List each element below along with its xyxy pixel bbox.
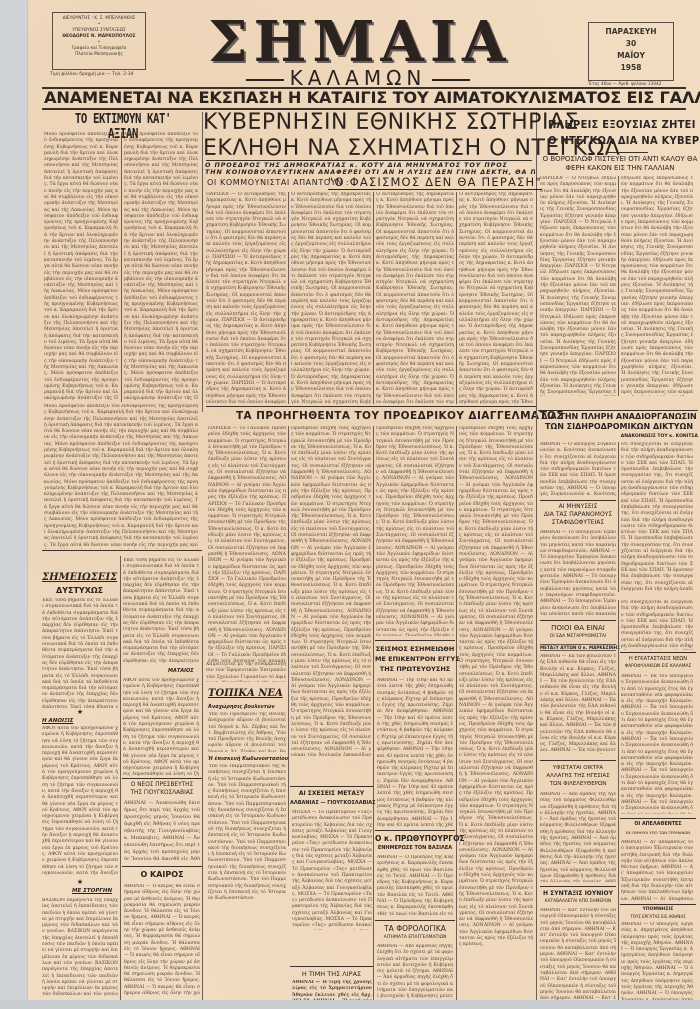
date-box: ΠΑΡΑΣΚΕΥΗ 30 ΜΑΪΟΥ 1958 bbox=[588, 22, 674, 81]
earthquake-headline-line1: ΣΕΙΣΜΟΣ ΕΣΗΜΕΙΩΘΗ bbox=[375, 645, 455, 653]
hostages-headline-line1: ΟΙ ΑΠΕΛΑΘΕΝΤΕΣ bbox=[620, 822, 696, 827]
hostages-headline-line2: ΕΚ ΟΜΗΡΟΙ ΥΠΟ ΤΩΝ ΓΕΡΜΑΝΩΝ bbox=[620, 830, 696, 835]
separator-star: ★ bbox=[42, 878, 118, 886]
main-body-col3: Ὁ ἀντιπρόεδρος τῆς Δημοκρατίας κ. Κοτύ ἀ… bbox=[376, 192, 454, 404]
address-body-col1: ΠΑΡΙΣΙΟΙ — Τό Γαλλικόν Προεδρεῖον ἐδέχθη… bbox=[208, 426, 286, 662]
notes-rule bbox=[42, 550, 202, 551]
editorial-body-col2: Μόνο πρόσφατον ἀπόδειξιν τοῦ ἐνδιαφέροντ… bbox=[124, 132, 198, 402]
ambassador-headline-line1: Ο ΝΕΟΣ ΠΡΕΣΒΕΥΤΗΣ bbox=[122, 782, 202, 788]
address-body-col3: Προεδρεῖον ἐδέχθη τούς ἀρχηγούς τῶν κομμ… bbox=[376, 426, 454, 636]
address-body-col4: Προεδρεῖον ἐδέχθη τούς ἀρχηγούς τῶν κομμ… bbox=[459, 426, 533, 1000]
column-divider bbox=[288, 192, 289, 404]
lira-headline: Η ΤΙΜΗ ΤΗΣ ΛΙΡΑΣ bbox=[290, 970, 373, 978]
local-item1-body: Ὑπό τοῦ Προεδρείου τῆς Βουλῆς ἀναχωροῦν … bbox=[208, 712, 286, 752]
local-item2-body: Ὑπό τοῦ Παμμεσσηνιακοῦ τῆς διοικήσεως συ… bbox=[208, 764, 286, 1000]
notes-col2-continued: ΑΦΟΥ αὐτά τόν προηγούμενον χειμῶνα ἡ Κυβ… bbox=[123, 678, 199, 776]
right-subheadline: Ο ΒΟΡΟΣΙΛΩΦ ΠΙΣΤΕΥΕΙ ΟΤΙ ΑΝΤΙ ΚΑΛΟΥ ΘΑ Φ… bbox=[542, 155, 698, 173]
lira-body: ΑΘΗΝΑΙ — Ἡ τιμή τῆς χρυσῆς λίρας εἰς τό … bbox=[292, 980, 372, 1000]
railways-byline: ΑΝΑΚΟΙΝΩΣΙΣ ΤΟΥ κ. ΚΟΝΙΤΣΑ bbox=[588, 434, 698, 439]
pm-headline-line2: ΕΝΗΜΕΡΩΣΕ ΤΟΝ ΒΑΣΙΛΕΑ bbox=[375, 845, 455, 851]
smuggling-headline-line3: ΣΤΑΦΙΔΟΦΥΤΕΙΑΣ bbox=[540, 519, 616, 526]
weather-body: ΑΘΗΝΑΙ — Ὁ καιρός θά εἶναι σήμερον αἴθρι… bbox=[124, 884, 200, 996]
albania-headline-line2: ΑΛΒΑΝΙΑΣ — ΓΙΟΥΓΚΟΣΛΑΒΙΑΣ bbox=[290, 800, 373, 806]
main-quote-headline: "Ο ΦΑΣΙΣΜΟΣ ΔΕΝ ΘΑ ΠΕΡΑΣΗ" bbox=[328, 175, 542, 190]
column-divider bbox=[120, 556, 121, 1000]
imprint-box: ΔΙΕΥΘΥΝΤΗΣ : Κ. Σ. ΜΠΕΛΑΚΑΚΗΣ • ΥΠΕΥΘΥΝΟ… bbox=[52, 12, 146, 70]
earthquake-rule bbox=[375, 640, 455, 641]
notes-subheadline: ΔΥΣΤΥΧΩΣ bbox=[56, 586, 103, 595]
liberals-headline-line2: ΑΛΛΑΓΗΣ ΤΗΣ ΗΓΕΣΙΑΣ bbox=[540, 773, 616, 779]
hostages-body: ΑΘΗΝΑΙ — Δι' ἀποφάσεως τοῦ ὑπουργείου Ἐξ… bbox=[621, 840, 693, 902]
right-headline-line1: ΠΛΗΡΕΙΣ ΕΞΟΥΣΙΑΣ ΖΗΤΕΙ bbox=[548, 118, 692, 131]
lighthouse-headline-line2: ΦΑΡΟΦΥΛΑΚΙΩΝ ΕΙΣ ΚΑΛΑΜΑΣ bbox=[620, 664, 696, 669]
main-body-col2: Ὁ ἀντιπρόεδρος τῆς Δημοκρατίας κ. Κοτύ ἀ… bbox=[291, 192, 371, 404]
tax-headline-line1: ΤΑ ΦΟΡΟΛΟΓΙΚΑ bbox=[375, 924, 455, 933]
ambassador-rule bbox=[122, 778, 202, 779]
tax-headline-line2: ΑΙΤΗΜΑΤΑ ΕΠΑΓΓΕΛΜΑΤΙΩΝ bbox=[375, 935, 455, 940]
local-item1-title: Ἀναχώρησις βουλευτῶν bbox=[208, 704, 275, 710]
local-intro: Χαιρετίζεται μέ τήν συναρμολόγησιν τῶν Ἐ… bbox=[206, 662, 286, 682]
right-rule bbox=[608, 152, 648, 153]
column-divider bbox=[202, 556, 203, 1000]
albania-body: ΜΟΣΧΑ — Τό Πρακτορεῖον «Τας» μετέδωσεν ἀ… bbox=[292, 810, 372, 930]
liberals-rule bbox=[540, 760, 616, 761]
lighthouse-body: ΑΘΗΝΑΙ — Ἐκ τοῦ ὑπουργείου Συγκοινωνιῶν … bbox=[621, 674, 693, 814]
notes-section2-body: ΑΦΟΥ αὐτά τόν προηγούμενον χειμῶνα ἡ Κυβ… bbox=[42, 726, 118, 876]
pm-body: ΑΘΗΝΑΙ — Ὁ Πρόεδρος τῆς Κυβερνήσεως κ. Κ… bbox=[377, 855, 453, 915]
hostages-rule bbox=[620, 818, 696, 819]
right-body-col2: ἐδήλωσε πρός ἐκπροσώπους τῶν κομμάτων ὅτ… bbox=[621, 176, 693, 396]
main-headline-line1: ΚΥΒΕΡΝΗΣΙΝ ΕΘΝΙΚΗΣ ΣΩΤΗΡΙΑΣ bbox=[203, 110, 533, 135]
pm-rule bbox=[375, 830, 455, 831]
railways-continued: ὅτι συνεχίζονται αἱ ἐνέργειαι διά τήν πλ… bbox=[621, 600, 693, 650]
ambassador-headline-line2: ΤΗΣ ΓΙΟΥΓΚΟΣΛΑΒΙΑΣ bbox=[122, 790, 202, 796]
reminder-headline-line2: ΤΟΥΣ ΕΡΓΑΤΑΣ ΕΙΣ ΑΘΗΝΑΣ bbox=[620, 914, 696, 919]
left-continued-body: Μόνο πρόσφατον ἀπόδειξιν τοῦ ἐνδιαφέροντ… bbox=[44, 404, 198, 549]
railways-body-col2: ὅτι συνεχίζονται αἱ ἐνέργειαι διά τήν πλ… bbox=[621, 442, 693, 592]
price-line: Τιμή φύλλου δραχμή μία — Τηλ. 2-34 bbox=[50, 72, 133, 77]
ambassador-body: ΑΘΗΝΑΙ — Ἀνεκοινώθη ἐπισήμως ὅτι περί τά… bbox=[124, 800, 200, 860]
liberals-body: ΑΘΗΝΑΙ — Ἀπό ὁμάδος τῆς ἡγεσίας τοῦ κόμμ… bbox=[540, 792, 616, 882]
banner-headline: ΑΝΑΜΕΝΕΤΑΙ ΝΑ ΕΚΣΠΑΣΗ Η ΚΑΤΑΙΓΙΣ ΤΟΥ ΑΙΜ… bbox=[44, 88, 686, 107]
column-divider bbox=[373, 426, 374, 1000]
railways-headline-line2: ΤΩΝ ΣΙΔΗΡΟΔΡΟΜΙΚΩΝ ΔΙΚΤΥΩΝ bbox=[540, 422, 698, 431]
tax-body: ΑΘΗΝΑΙ — Ἀπό ἀρμοδίας πηγῆς ἐλέχθη ὅτι ἐ… bbox=[377, 944, 453, 1000]
column-divider bbox=[456, 426, 457, 1000]
reminder-headline-line1: ΥΠΟΜΝΗΣΙΣ bbox=[620, 907, 696, 912]
scan-background bbox=[0, 1000, 700, 1009]
column-divider bbox=[456, 192, 457, 404]
local-news-headline: ΤΟΠΙΚΑ ΝΕΑ bbox=[208, 688, 283, 699]
tax-rule bbox=[375, 920, 455, 921]
separator-star: ★ bbox=[42, 708, 118, 716]
eda-rule bbox=[540, 620, 616, 621]
smuggling-body: ΑΘΗΝΑΙ — Τό ὑπουργεῖον Ἐμπορίου ἀνεκοίνω… bbox=[540, 530, 616, 615]
pm-headline-line1: Ο κ. ΠΡΩΘΥΠΟΥΡΓΟΣ bbox=[375, 834, 455, 843]
lira-rule bbox=[290, 966, 373, 967]
notes-signature: ΜΑΤΑΙΟΣ bbox=[168, 668, 194, 674]
eda-byline: ΜΕΤΑΞΥ ΑΥΤΩΝ Ο κ. ΜΑΡΚΕΖΙΝΗΣ bbox=[540, 644, 616, 651]
column-divider bbox=[288, 426, 289, 846]
column-divider bbox=[373, 192, 374, 404]
pension-body: ΑΘΗΝΑΙ — Κατ' ἐντολήν τοῦ ὑπουργοῦ Οἰκον… bbox=[540, 908, 616, 1000]
newspaper-title: ΣΗΜΑΙΑ bbox=[208, 14, 508, 70]
pension-headline-line1: Η ΣΥΝΤΑΞΙΣ ΙΟΥΝΙΟΥ bbox=[540, 890, 616, 897]
date-day: 30 bbox=[589, 38, 673, 50]
address-rule-top bbox=[206, 406, 536, 407]
subtitle-rule-left bbox=[246, 79, 284, 81]
imprint-address: Πλατεία Μεσσηνιακῆς bbox=[55, 52, 143, 58]
column-divider bbox=[618, 442, 619, 592]
earthquake-headline-line2: ΜΕ ΕΠΙΚΕΝΤΡΟΝ ΕΓΓΥΣ bbox=[375, 655, 455, 663]
railways-body-col1: ΑΘΗΝΑΙ — Ὁ ὑπουργός Συγκοινωνιῶν κ. Κονί… bbox=[540, 442, 616, 497]
smuggling-headline-line2: ΔΙΑ ΤΑΣ ΠΑΡΑΝΟΜΟΥΣ bbox=[540, 511, 616, 518]
main-body-col4: Ὁ ἀντιπρόεδρος τῆς Δημοκρατίας κ. Κοτύ ἀ… bbox=[459, 192, 533, 404]
right-headline-line2: Ο ΝΤΕΓΚΩΛ ΔΙΑ ΝΑ ΚΥΒΕΡΝΗΣΗ bbox=[548, 134, 692, 147]
liberals-headline-line3: ΤΩΝ ΦΙΛΕΛΕΥΘΕΡΩΝ bbox=[540, 781, 616, 787]
smuggling-headline-line1: ΑΙ ΜΗΝΥΣΕΙΣ bbox=[540, 503, 616, 510]
albania-rule bbox=[290, 786, 373, 787]
eda-body: ΑΘΗΝΑΙ — Ἐκ τῶν βουλευτῶν τῆς ΕΔΑ πιθανό… bbox=[540, 654, 616, 754]
right-body-col1: ΠΑΡΙΣΙΟΙ — Ὁ Ντεγκώλ ἐδήλωσε πρός ἐκπροσ… bbox=[540, 176, 616, 396]
column-divider bbox=[618, 600, 619, 1000]
address-headline: ΤΑ ΠΡΟΗΓΗΘΕΝΤΑ ΤΟΥ ΠΡΟΕΔΡΙΚΟΥ ΔΙΑΓΓΕΛΜΑΤ… bbox=[236, 410, 546, 422]
albania-headline-line1: ΑΙ ΣΧΕΣΕΙΣ ΜΕΤΑΞΥ bbox=[290, 790, 373, 797]
main-body-col1: ΠΑΡΙΣΙΟΙ — Ὁ ἀντιπρόεδρος τῆς Δημοκρατία… bbox=[206, 192, 286, 404]
notes-body: Ἐκεῖ τόσα βήματα εἰς τό Ἑλλάδι συγκοινων… bbox=[42, 598, 118, 708]
pension-rule bbox=[540, 886, 616, 887]
earthquake-headline-line3: ΤΗΣ ΠΡΩΤΕΥΟΥΣΗΣ bbox=[375, 665, 455, 673]
notes-section3-title: ΜΕ ΣΤΟΡΓΗΝ bbox=[72, 888, 112, 894]
notes-body-col2: Ἐκεῖ τόσα βήματα εἰς τό Ἑλλάδι συγκοινων… bbox=[123, 558, 199, 663]
main-headline-line2: ΕΚΛΗΘΗ ΝΑ ΣΧΗΜΑΤΙΣΗ Ο ΝΤΕΓΚΩΛ bbox=[203, 136, 533, 161]
reminder-rule bbox=[620, 904, 696, 905]
liberals-headline-line1: ΥΦΙΣΤΑΤΑΙ ΟΙΚΤΡΑ bbox=[540, 765, 616, 771]
date-month: ΜΑΪΟΥ bbox=[589, 50, 673, 62]
eda-headline-line1: ΠΟΙΟΙ ΘΑ ΕΙΝΑΙ bbox=[540, 624, 616, 632]
editorial-body-col1: Μόνο πρόσφατον ἀπόδειξιν τοῦ ἐνδιαφέροντ… bbox=[44, 132, 118, 402]
subtitle-rule-right bbox=[432, 79, 470, 81]
weather-headline: Ο ΚΑΙΡΟΣ bbox=[122, 870, 202, 879]
notes-section3-body: ΒΑΣΙΚΟΝ παράγοντα τῆς ἐπαρχίας ἀποτελεῖ … bbox=[42, 898, 118, 998]
address-body-col2: Προεδρεῖον ἐδέχθη τούς ἀρχηγούς τῶν κομμ… bbox=[291, 426, 371, 756]
date-year: 1958 bbox=[589, 62, 673, 74]
notes-headline: ΣΗΜΕΙΩΣΕΙΣ bbox=[42, 572, 117, 583]
newspaper-page: ΔΙΕΥΘΥΝΤΗΣ : Κ. Σ. ΜΠΕΛΑΚΑΚΗΣ • ΥΠΕΥΘΥΝΟ… bbox=[28, 0, 700, 1000]
column-divider bbox=[121, 132, 122, 402]
earthquake-body: ΑΘΗΝΑΙ — Τήν 10ην καί 43 πρῶτα λεπτά τῆς… bbox=[377, 678, 453, 828]
lighthouse-rule bbox=[620, 652, 696, 653]
reminder-body: ΑΘΗΝΑΙ — Ὁ ὑπουργός Ἐργασίας κ. Δημητράτ… bbox=[621, 922, 693, 1000]
column-divider bbox=[618, 176, 619, 396]
notes-section2-title: Η ΑΝΟΙΞΙΣ bbox=[42, 718, 73, 724]
smuggling-rule bbox=[540, 500, 616, 501]
local-item2-title: Ἡ ἐπισκευή Κωδωνοστασίου bbox=[208, 756, 288, 762]
date-weekday: ΠΑΡΑΣΚΕΥΗ bbox=[589, 26, 673, 38]
weather-rule bbox=[122, 866, 202, 867]
column-divider bbox=[536, 406, 537, 1000]
lighthouse-headline-line1: Η ΕΓΚΑΤΑΣΤΑΣΙΣ ΝΕΩΝ bbox=[620, 656, 696, 662]
pension-headline-line2: ΚΑΤΑΒΑΛΛΕΤΑΙ ΑΠΟ ΣΗΜΕΡΟΝ bbox=[540, 899, 616, 904]
eda-headline-line2: ΟΙ ΕΔΑ ΜΕΤΑΡΡΥΘΜΙΣΤΑΙ bbox=[540, 634, 616, 639]
